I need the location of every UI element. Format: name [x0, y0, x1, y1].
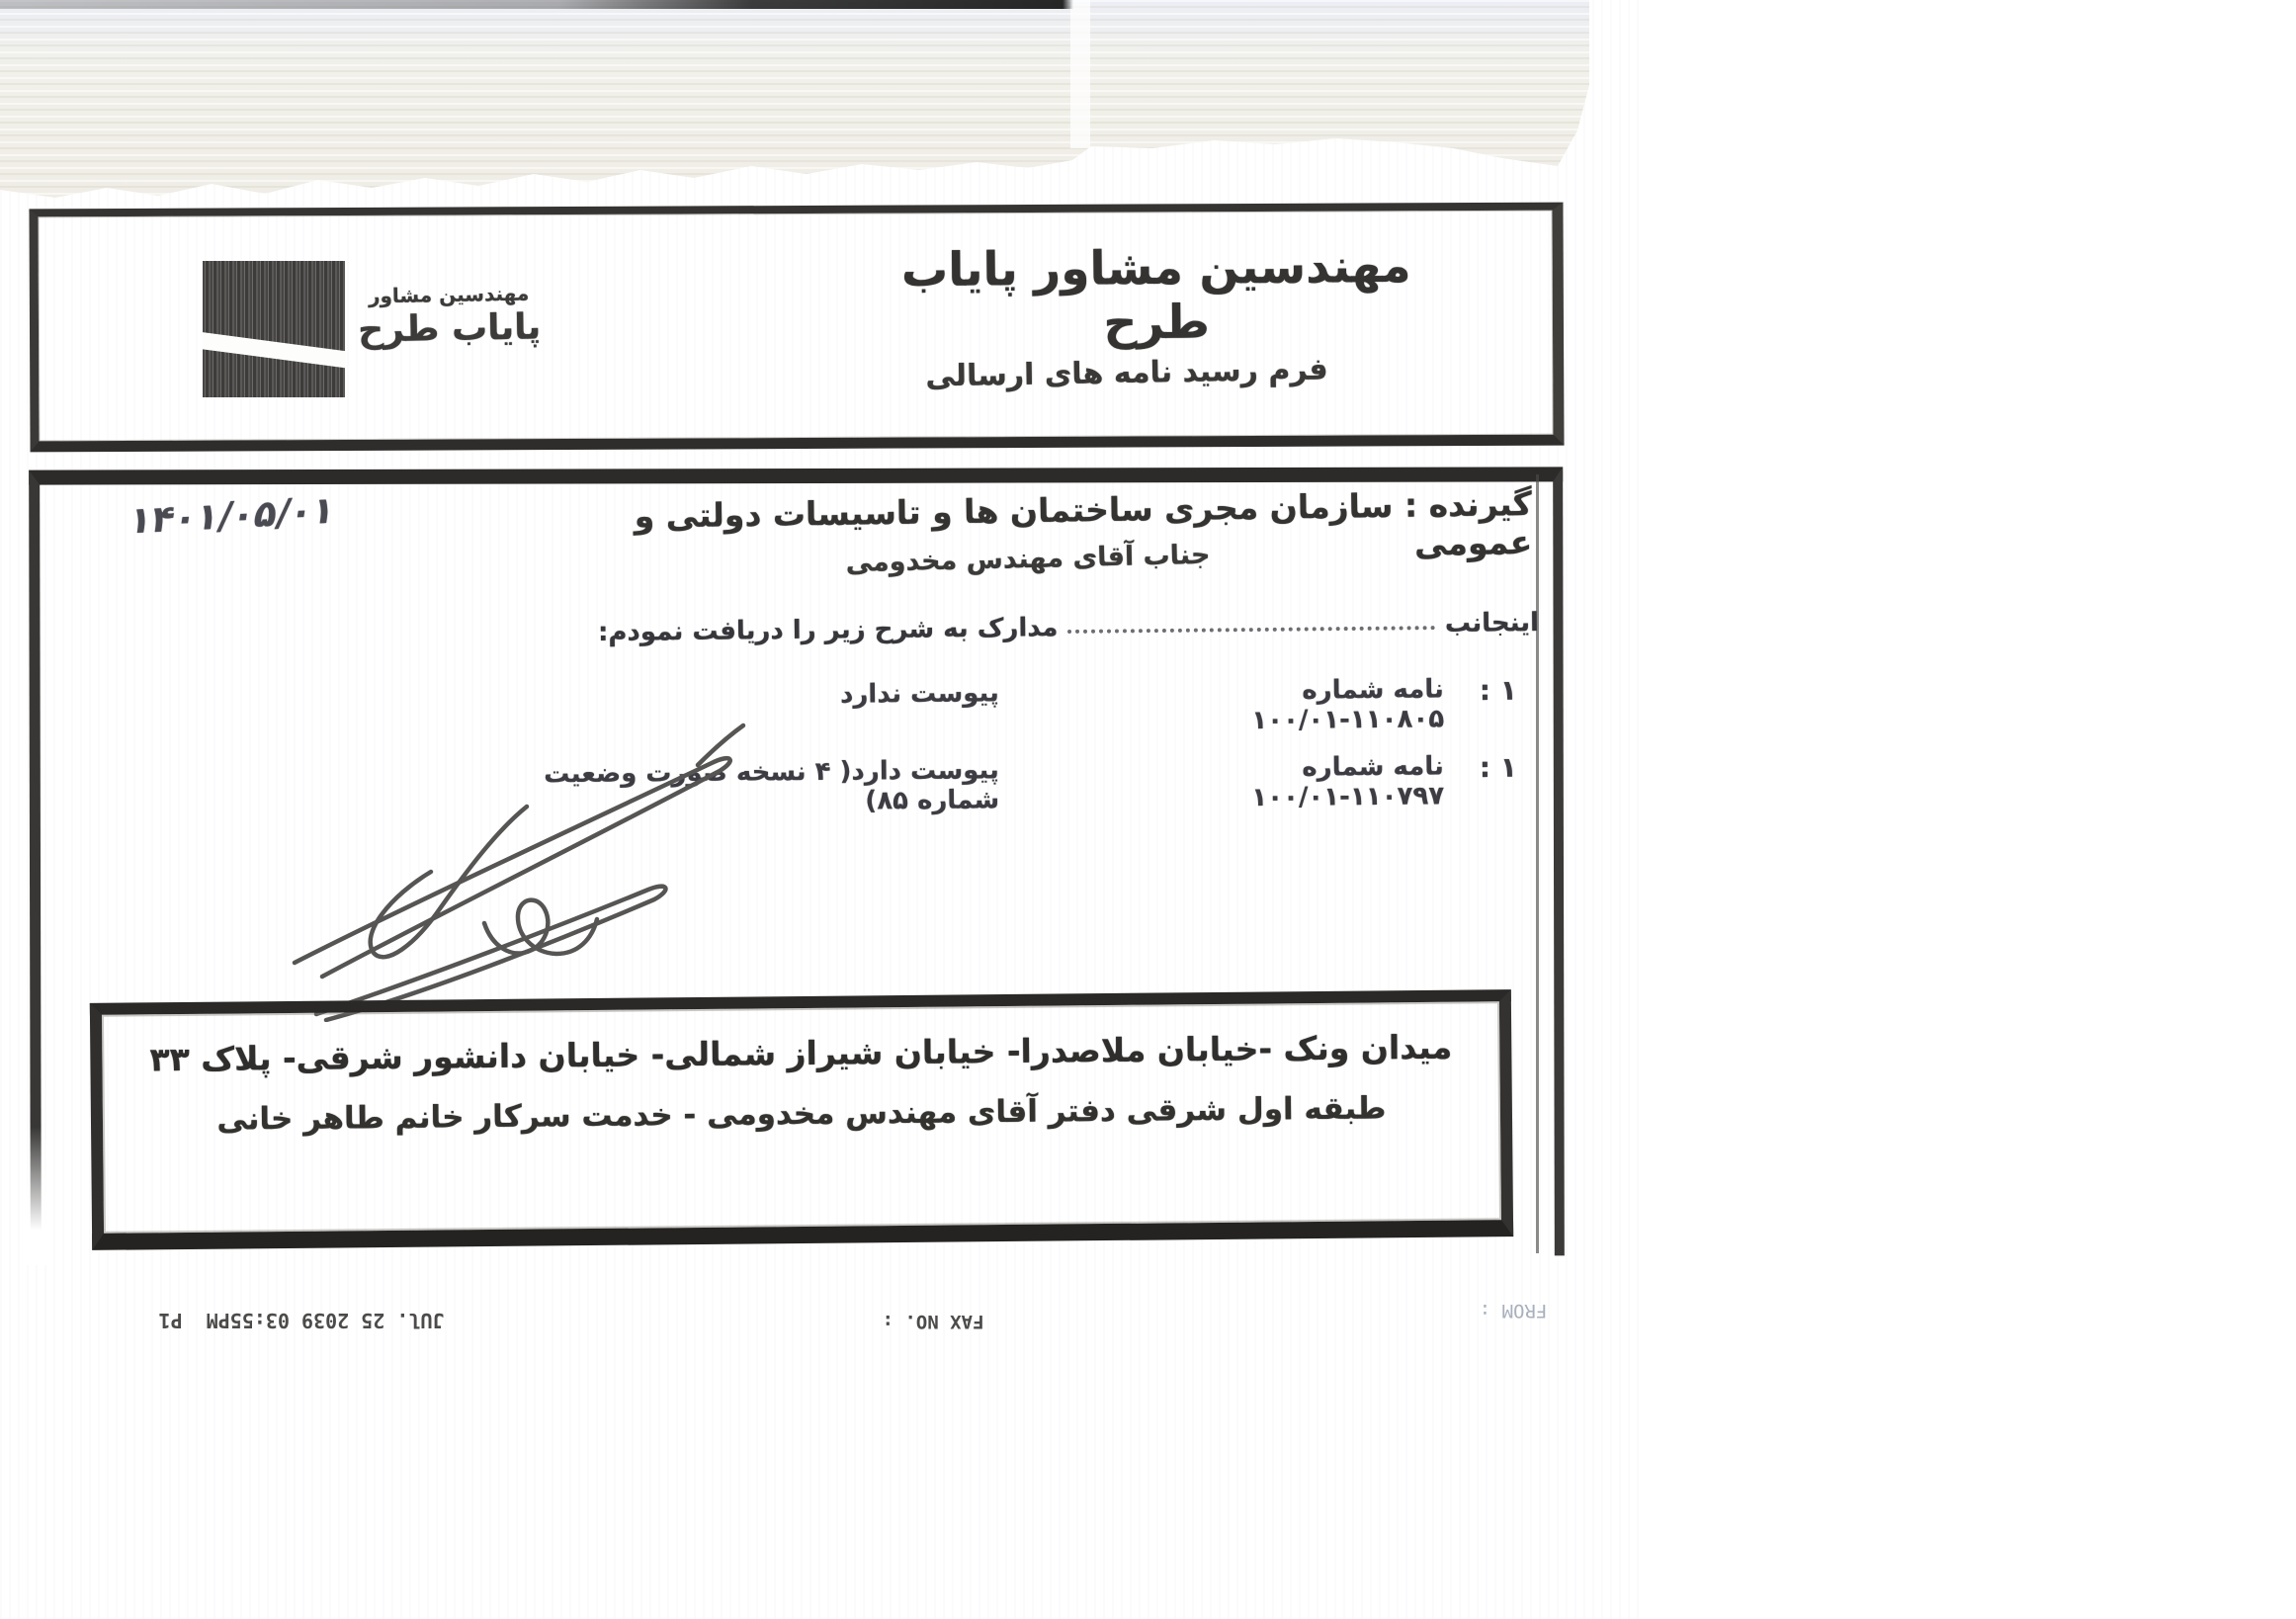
company-logo	[203, 261, 345, 397]
item-attachment-note: پیوست ندارد	[534, 678, 999, 712]
torn-paper-edge	[0, 0, 1589, 203]
receipt-intro-end: مدارک به شرح زیر را دریافت نمودم:	[598, 613, 1059, 647]
receipt-intro-start: اینجانب	[1445, 608, 1539, 639]
item-letter-number: نامه شماره ۱۱۰۸۰۵-۱۰۰/۰۱	[1148, 674, 1445, 736]
logo-text-line1: مهندسین مشاور	[347, 281, 550, 308]
box-right-inner-line	[1536, 474, 1539, 1253]
address-line2: طبقه اول شرقی دفتر آقای مهندس مخدومی - خ…	[137, 1090, 1466, 1139]
item-count: ۱ :	[1459, 674, 1538, 708]
scan-light-notch	[1070, 0, 1090, 148]
address-line1: میدان ونک -خیابان ملاصدرا- خیابان شیراز …	[137, 1028, 1466, 1079]
address-box: میدان ونک -خیابان ملاصدرا- خیابان شیراز …	[90, 989, 1513, 1250]
fax-timestamp: JUl. 25 2039 03:55PM P1	[166, 1303, 437, 1338]
fax-number-label: FAX NO. :	[876, 1305, 990, 1338]
logo-text-line2: پایاب طرح	[348, 306, 552, 351]
scanned-fax-document: مهندسین مشاور پایاب طرح مهندسین مشاور پا…	[0, 0, 2296, 1619]
item-letter-number: نامه شماره ۱۱۰۷۹۷-۱۰۰/۰۱	[1148, 751, 1445, 813]
logo-wordmark: مهندسین مشاور پایاب طرح	[347, 281, 551, 351]
fax-from-label: FROM :	[1465, 1291, 1562, 1330]
border-fade-artifact	[24, 1127, 47, 1265]
dotted-fill-line	[1067, 626, 1435, 634]
item-count: ۱ :	[1459, 751, 1538, 785]
logo-swoosh-stripe	[203, 332, 345, 370]
handwritten-signature	[265, 714, 791, 1022]
company-title: مهندسین مشاور پایاب طرح	[870, 238, 1444, 352]
scan-edge-artifact	[0, 0, 1073, 9]
